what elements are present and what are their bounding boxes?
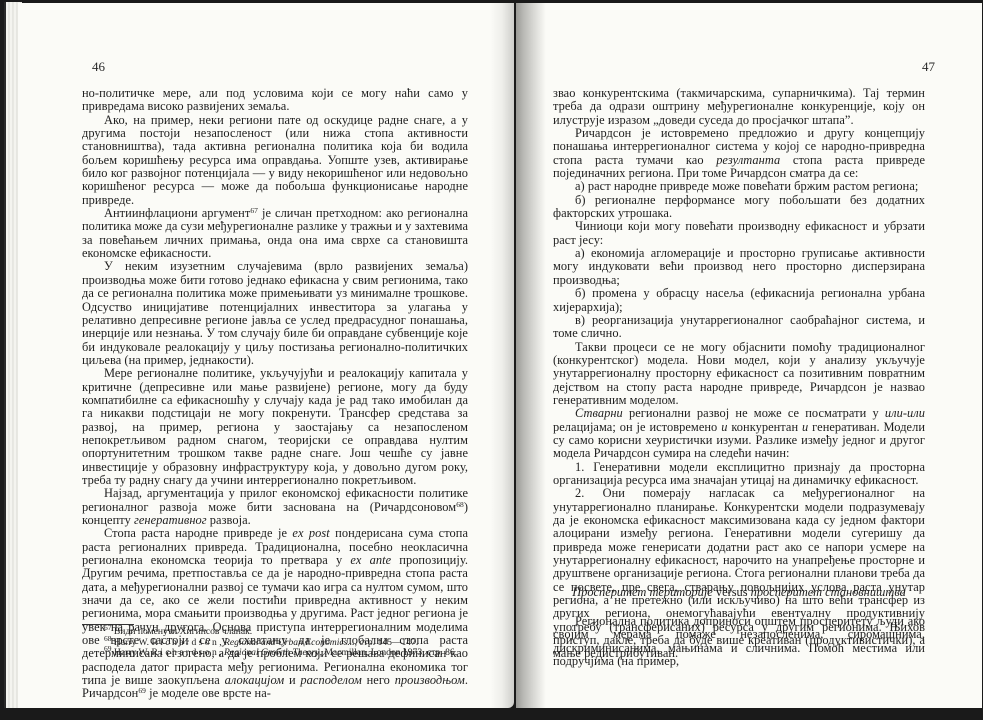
paragraph: а) економија агломерације и просторно гр… [553,247,925,287]
paragraph: Чиниоци који могу повећати производну еф… [553,220,925,247]
paragraph: Ричардсон је истовремено предложио и дру… [553,127,925,180]
footnote-number: 67 [104,623,112,632]
section-heading-part2: просперитет становништва [751,585,906,599]
paragraph: Регионална политика доприноси општем про… [553,615,925,668]
paragraph: в) реорганизација унутаррегионалног саоб… [553,314,925,341]
italic-text: ex post [292,526,329,540]
paragraph: Ако, на пример, неки региони пате од оск… [82,114,468,207]
paragraph: а) раст народне привреде може повећати б… [553,180,925,193]
right-page: 47 звао конкурентскима (такмичарскима, с… [516,3,982,708]
footnotes: 67 Види поменути Хигинсов чланак.68 Harr… [104,627,484,659]
paragraph: б) регионалне перформансе могу побољшати… [553,194,925,221]
body-text-after-heading: Регионална политика доприноси општем про… [553,615,925,668]
page-number: 47 [922,59,935,75]
footnote-number: 68 [104,634,112,643]
page-number: 46 [92,59,105,75]
paragraph: Антиинфлациони аргумент67 је сличан прет… [82,207,468,260]
paragraph: Такви процеси се не могу објаснити помоћ… [553,341,925,408]
italic-text: производњом [395,673,465,687]
footnote-ref: 69 [138,686,146,695]
italic-text: алокацијом [225,673,285,687]
paragraph: Стварни регионални развој не може се пос… [553,407,925,460]
italic-text: Стварни [575,406,623,420]
paragraph: Стопа раста народне привреде је ex post … [82,527,468,700]
italic-text: генеративног [134,513,207,527]
italic-text: Regional Growth Theory [224,647,320,658]
book-spread: 46 но-политичке мере, али под условима к… [0,0,983,720]
paragraph: б) промена у обрасцу насеља (ефикаснија … [553,287,925,314]
paragraph: Мере регионалне политике, укључујући и р… [82,367,468,487]
paragraph: У неким изузетним случајевима (врло разв… [82,260,468,367]
left-page: 46 но-политичке мере, али под условима к… [18,3,514,708]
paragraph: звао конкурентскима (такмичарскима, супа… [553,87,925,127]
italic-text: или-или [885,406,925,420]
italic-text: расподелом [300,673,361,687]
paragraph: но-политичке мере, али под условима који… [82,87,468,114]
italic-text: и [721,420,727,434]
footnote-ref: 67 [250,206,258,215]
paragraph: 1. Генеративни модели експлицитно призна… [553,461,925,488]
section-heading: Просперитет територије versus просперите… [553,585,925,600]
paragraph: Најзад, аргументација у прилог економско… [82,487,468,527]
body-text: но-политичке мере, али под условима који… [82,87,468,701]
italic-text: и [802,420,808,434]
body-text: звао конкурентскима (такмичарскима, супа… [553,87,925,661]
italic-text: резултанта [716,153,780,167]
footnote-ref: 68 [456,500,464,509]
gutter-shadow [516,3,546,708]
gutter-shadow [490,3,514,708]
footnote-number: 69 [104,644,112,653]
spaced-author: Richardson [151,647,219,658]
italic-text: ex ante [350,553,391,567]
section-heading-connector: versus [716,585,748,599]
section-heading-part1: Просперитет територије [572,585,713,599]
footnote: 69 Harry W. Richardson, Regional Growth … [104,648,484,659]
